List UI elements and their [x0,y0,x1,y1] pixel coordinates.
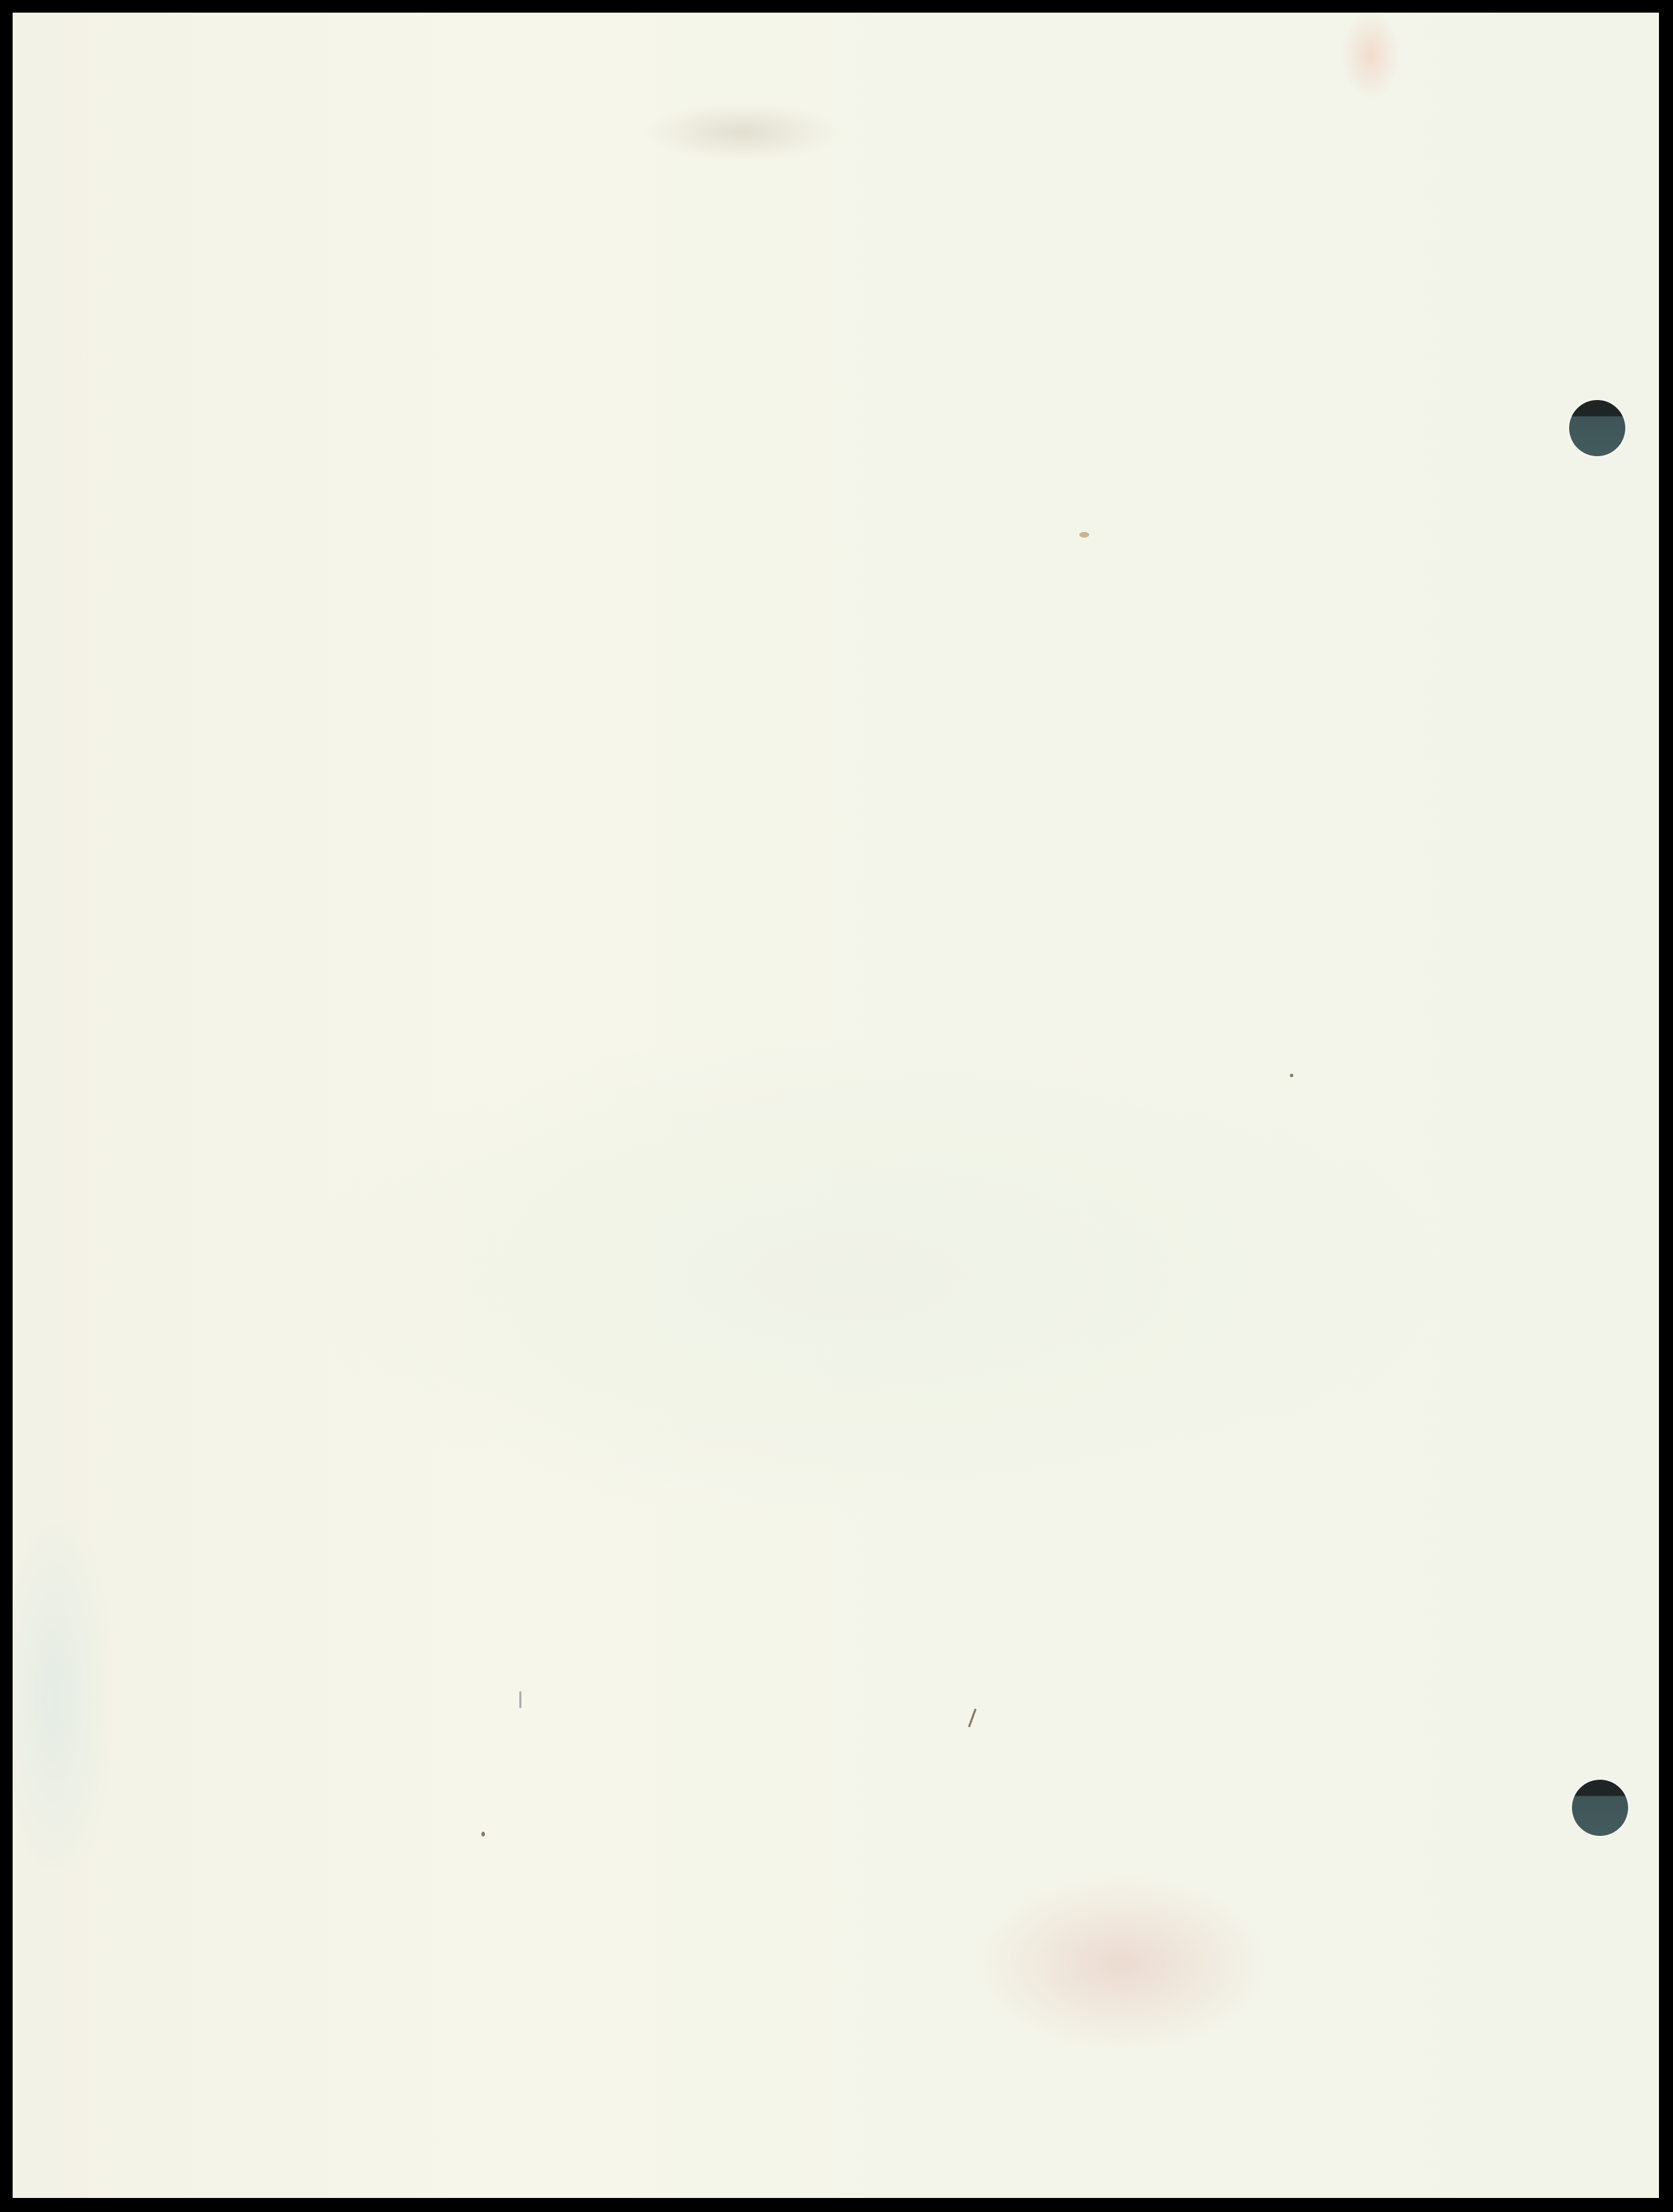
page-text [13,13,13,13]
dust-speck [1079,532,1089,538]
punch-hole-top [1569,400,1625,456]
dust-speck [481,1832,485,1837]
dust-speck [968,1708,976,1727]
blank-scanned-page [13,13,1659,2198]
dust-speck [519,1691,521,1708]
dust-speck [1290,1074,1293,1077]
punch-hole-bottom [1572,1780,1628,1836]
